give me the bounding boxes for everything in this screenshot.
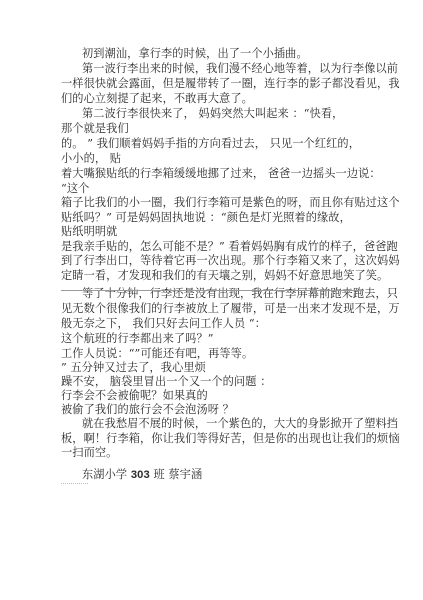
text-line: 是我亲手贴的，怎么可能不是？” 看着妈妈胸有成竹的样子，爸爸跑 xyxy=(61,240,398,254)
text-line: 躁不安， 脑袋里冒出一个又一个的问题 ： xyxy=(61,375,272,389)
text-line: 这个航班的行李都出来了吗？” xyxy=(61,332,214,346)
text-line: 到了行李出口，等待着它再一次出现。那个行李箱又来了，这次妈妈 xyxy=(61,254,400,268)
text-line: 贴纸吗？” 可是妈妈固执地说 ：“颜色是灯光照着的缘故， xyxy=(61,211,351,225)
text-line: 第一波行李出来的时候，我们漫不经心地等着，以为行李像以前 xyxy=(82,62,398,76)
signature-school: 东湖小学 xyxy=(82,468,127,481)
document-page: 初到潮汕，拿行李的时候，出了一个小插曲。第一波行李出来的时候，我们漫不经心地等着… xyxy=(0,0,423,600)
signature-author: 蔡宇涵 xyxy=(168,468,202,481)
footer-dotted-line xyxy=(61,483,88,485)
text-line: 工作人员说：“”可能还有吧，再等等。 xyxy=(61,347,253,361)
section-divider xyxy=(61,290,364,291)
text-line: 初到潮汕，拿行李的时候，出了一个小插曲。 xyxy=(82,47,308,61)
text-line: “这个 xyxy=(61,182,89,196)
text-line: 着大嘴猴贴纸的行李箱缓缓地挪了过来， 爸爸一边摇头一边说： xyxy=(61,167,381,181)
text-line: ” 五分钟又过去了，我心里烦 xyxy=(61,361,206,375)
text-line: 第二波行李很快来了， 妈妈突然大叫起来 ：“快看， xyxy=(82,107,343,121)
text-line: 箱子比我们的小一圈，我们行李箱可是紫色的呀，而且你有贴过这个 xyxy=(61,196,400,210)
signature: 东湖小学 303 班 蔡宇涵 xyxy=(82,468,202,482)
text-line: 就在我愁眉不展的时候，一个紫色的，大大的身影掀开了塑料挡 xyxy=(82,417,398,431)
text-line: 那个就是我们 xyxy=(61,122,129,136)
text-line: 见无数个很像我们的行李被放上了履带，可是一出来才发现不是，万 xyxy=(61,302,400,316)
text-line: 的。 ” 我们顺着妈妈手指的方向看过去， 只见一个红红的， xyxy=(61,137,360,151)
text-line: 一扫而空。 xyxy=(61,446,117,460)
text-line: 小小的， 贴 xyxy=(61,152,121,166)
text-line: 般无奈之下， 我们只好去问工作人员 “： xyxy=(61,317,266,331)
text-line: 行李会不会被偷呢？如果真的 xyxy=(61,389,208,403)
text-line: 贴纸明明就 xyxy=(61,225,117,239)
text-line: 们的心立刻提了起来，不敢再大意了。 xyxy=(61,92,253,106)
text-line: 板，啊！行李箱，你让我们等得好苦，但是你的出现也让我们的烦恼 xyxy=(61,432,400,446)
text-line: 定睛一看，才发现和我们的有天壤之别，妈妈不好意思地笑了笑。 xyxy=(61,269,388,283)
signature-class-number: 303 xyxy=(131,469,150,481)
signature-class-suffix: 班 xyxy=(153,468,164,481)
text-line: 一样很快就会露面，但是履带转了一圈，连行李的影子都没看见，我 xyxy=(61,77,400,91)
text-line: 被偷了我们的旅行会不会泡汤呀 ？ xyxy=(61,403,234,417)
